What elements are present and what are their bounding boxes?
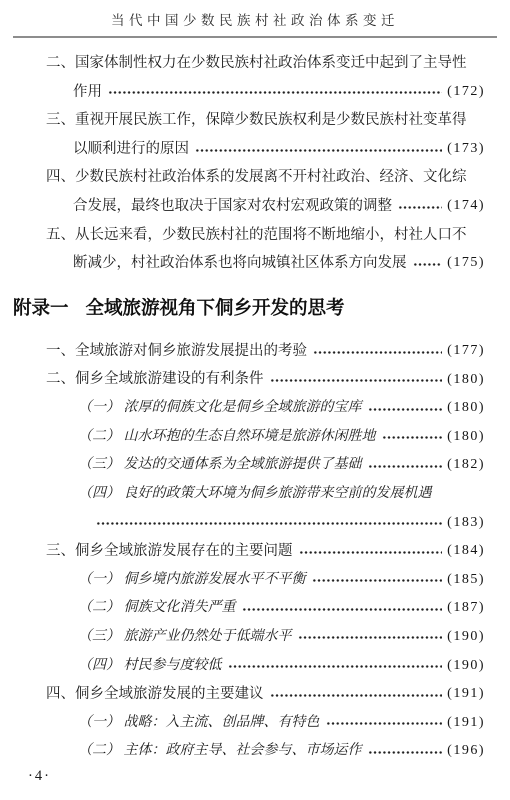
- toc-entry-text: （一） 战略：入主流、创品牌、有特色: [78, 716, 320, 730]
- dotted-leader: [326, 716, 443, 731]
- toc-entry-page-number: (182): [447, 458, 485, 472]
- toc-entry-line: （三） 发达的交通体系为全域旅游提供了基础(182): [78, 451, 485, 480]
- toc-entry-text: 五、从长远来看，少数民族村社的范围将不断地缩小，村社人口不: [46, 228, 467, 243]
- toc-entry-page-number: (191): [447, 716, 485, 730]
- dotted-leader: [270, 373, 443, 388]
- dotted-leader: [368, 402, 443, 417]
- toc-entry-line: 作用(172): [73, 78, 485, 107]
- toc-entry-line: 二、侗乡全域旅游建设的有利条件(180): [46, 365, 485, 394]
- toc-entry-line: （三） 旅游产业仍然处于低端水平(190): [78, 623, 485, 652]
- dotted-leader: [195, 143, 442, 158]
- toc-entry-text: （一） 侗乡境内旅游发展水平不平衡: [78, 573, 306, 587]
- toc-entry-line: 五、从长远来看，少数民族村社的范围将不断地缩小，村社人口不: [46, 221, 485, 250]
- toc-entry-page-number: (180): [447, 430, 485, 444]
- dotted-leader: [228, 659, 443, 674]
- appendix-heading: 附录一 全域旅游视角下侗乡开发的思考: [13, 292, 485, 322]
- toc-section-appendix-items: 一、全域旅游对侗乡旅游发展提出的考验(177)二、侗乡全域旅游建设的有利条件(1…: [0, 337, 510, 766]
- toc-entry-page-number: (180): [447, 373, 485, 387]
- toc-entry-line: （四） 村民参与度较低(190): [78, 651, 485, 680]
- toc-entry-page-number: (191): [447, 687, 485, 701]
- toc-entry-text: （四） 良好的政策大环境为侗乡旅游带来空前的发展机遇: [78, 487, 432, 501]
- toc-entry-line: 四、少数民族村社政治体系的发展离不开村社政治、经济、文化综: [46, 163, 485, 192]
- toc-section-chapter-items: 二、国家体制性权力在少数民族村社政治体系变迁中起到了主导性作用(172)三、重视…: [0, 49, 510, 278]
- dotted-leader: [313, 345, 442, 360]
- page-footer: ·4·: [28, 767, 510, 787]
- toc-entry-text: 三、侗乡全域旅游发展存在的主要问题: [46, 544, 293, 559]
- toc-entry-text: （四） 村民参与度较低: [78, 659, 222, 673]
- toc-entry-text: 二、国家体制性权力在少数民族村社政治体系变迁中起到了主导性: [46, 56, 467, 71]
- toc-entry-line: （二） 山水环抱的生态自然环境是旅游休闲胜地(180): [78, 423, 485, 452]
- toc-entry-page-number: (190): [447, 659, 485, 673]
- toc-entry-page-number: (175): [447, 256, 485, 270]
- appendix-heading-label: 附录一: [13, 294, 69, 320]
- toc-entry-line: 断减少，村社政治体系也将向城镇社区体系方向发展(175): [73, 249, 485, 278]
- toc-entry-text: 断减少，村社政治体系也将向城镇社区体系方向发展: [73, 256, 407, 271]
- dotted-leader: [413, 257, 443, 272]
- toc-entry-page-number: (184): [447, 544, 485, 558]
- toc-entry-text: （二） 侗族文化消失严重: [78, 601, 236, 615]
- toc-entry-line: 二、国家体制性权力在少数民族村社政治体系变迁中起到了主导性: [46, 49, 485, 78]
- toc-entry-text: （二） 主体：政府主导、社会参与、市场运作: [78, 744, 362, 758]
- dotted-leader: [312, 573, 443, 588]
- toc-entry-text: 四、侗乡全域旅游发展的主要建议: [46, 687, 264, 702]
- toc-entry-page-number: (190): [447, 630, 485, 644]
- toc-entry-line: （四） 良好的政策大环境为侗乡旅游带来空前的发展机遇: [78, 480, 485, 509]
- toc-entry-page-number: (174): [447, 199, 485, 213]
- toc-entry-text: 合发展，最终也取决于国家对农村宏观政策的调整: [73, 199, 392, 214]
- toc-entry-text: 以顺利进行的原因: [73, 142, 189, 157]
- toc-entry-line: 三、重视开展民族工作，保障少数民族权利是少数民族村社变革得: [46, 106, 485, 135]
- toc-entry-line: 四、侗乡全域旅游发展的主要建议(191): [46, 680, 485, 709]
- toc-entry-line: （一） 侗乡境内旅游发展水平不平衡(185): [78, 566, 485, 595]
- dotted-leader: [270, 688, 443, 703]
- toc-entry-page-number: (196): [447, 744, 485, 758]
- dotted-leader: [382, 430, 443, 445]
- dotted-leader: [108, 85, 442, 100]
- dotted-leader: [368, 459, 443, 474]
- appendix-heading-title: 全域旅游视角下侗乡开发的思考: [86, 294, 345, 320]
- toc-entry-page-number: (185): [447, 573, 485, 587]
- toc-entry-page-number: (172): [447, 85, 485, 99]
- toc-entry-line: 合发展，最终也取决于国家对农村宏观政策的调整(174): [73, 192, 485, 221]
- toc-entry-text: 二、侗乡全域旅游建设的有利条件: [46, 372, 264, 387]
- toc-entry-text: （二） 山水环抱的生态自然环境是旅游休闲胜地: [78, 430, 376, 444]
- toc-entry-page-number: (187): [447, 601, 485, 615]
- page-header: 当代中国少数民族村社政治体系变迁: [0, 0, 510, 38]
- header-rule: [13, 36, 497, 38]
- toc-entry-text: 四、少数民族村社政治体系的发展离不开村社政治、经济、文化综: [46, 170, 467, 185]
- toc-entry-text: 三、重视开展民族工作，保障少数民族权利是少数民族村社变革得: [46, 113, 467, 128]
- dotted-leader: [298, 630, 443, 645]
- dotted-leader: [299, 545, 443, 560]
- toc-entry-page-number: (180): [447, 401, 485, 415]
- toc-entry-line: 三、侗乡全域旅游发展存在的主要问题(184): [46, 537, 485, 566]
- toc-entry-text: 一、全域旅游对侗乡旅游发展提出的考验: [46, 344, 307, 359]
- toc-entry-page-number: (177): [447, 344, 485, 358]
- book-page: 当代中国少数民族村社政治体系变迁 二、国家体制性权力在少数民族村社政治体系变迁中…: [0, 0, 510, 787]
- toc-entry-page-number: (173): [447, 142, 485, 156]
- dotted-leader: [96, 516, 442, 531]
- toc-entry-line: （一） 浓厚的侗族文化是侗乡全域旅游的宝库(180): [78, 394, 485, 423]
- toc-entry-line: (183): [96, 508, 485, 537]
- toc-entry-text: （三） 旅游产业仍然处于低端水平: [78, 630, 292, 644]
- toc-entry-text: （一） 浓厚的侗族文化是侗乡全域旅游的宝库: [78, 401, 362, 415]
- toc-entry-line: （一） 战略：入主流、创品牌、有特色(191): [78, 708, 485, 737]
- toc-entry-text: （三） 发达的交通体系为全域旅游提供了基础: [78, 458, 362, 472]
- dotted-leader: [398, 200, 442, 215]
- dotted-leader: [368, 745, 443, 760]
- page-number: ·4·: [28, 768, 51, 785]
- toc-entry-page-number: (183): [447, 516, 485, 530]
- toc-entry-text: 作用: [73, 85, 102, 100]
- dotted-leader: [242, 602, 443, 617]
- toc-entry-line: （二） 侗族文化消失严重(187): [78, 594, 485, 623]
- running-header: 当代中国少数民族村社政治体系变迁: [0, 9, 510, 29]
- toc-entry-line: 以顺利进行的原因(173): [73, 135, 485, 164]
- toc-entry-line: （二） 主体：政府主导、社会参与、市场运作(196): [78, 737, 485, 766]
- toc-entry-line: 一、全域旅游对侗乡旅游发展提出的考验(177): [46, 337, 485, 366]
